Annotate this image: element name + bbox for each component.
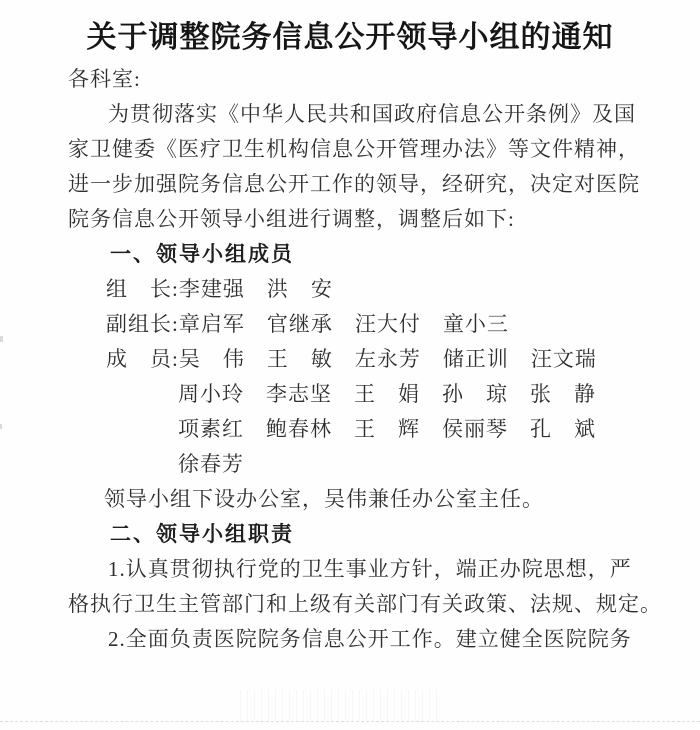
office-note: 领导小组下设办公室，吴伟兼任办公室主任。 xyxy=(68,482,644,517)
intro-paragraph-line-3: 进一步加强院务信息公开工作的领导，经研究，决定对医院 xyxy=(68,167,644,202)
scan-artifact-speck xyxy=(0,424,2,429)
scan-artifact-bottom-line xyxy=(0,721,700,722)
document-title: 关于调整院务信息公开领导小组的通知 xyxy=(0,14,700,62)
scan-artifact-streaks xyxy=(240,690,440,721)
document-body: 各科室: 为贯彻落实《中华人民共和国政府信息公开条例》及国 家卫健委《医疗卫生机… xyxy=(0,62,700,657)
row-deputy-leaders: 副组长:章启军 官继承 汪大付 童小三 xyxy=(68,307,644,342)
row-members-2: 周小玲 李志坚 王 娟 孙 琼 张 静 xyxy=(68,377,644,412)
scanned-notice-page: 关于调整院务信息公开领导小组的通知 各科室: 为贯彻落实《中华人民共和国政府信息… xyxy=(0,0,700,730)
scan-artifact-speck xyxy=(0,336,3,342)
duty-1-line-1: 1.认真贯彻执行党的卫生事业方针，端正办院思想，严 xyxy=(68,552,644,587)
row-members-1: 成 员:吴 伟 王 敏 左永芳 储正训 汪文瑞 xyxy=(68,342,644,377)
intro-paragraph-line-1: 为贯彻落实《中华人民共和国政府信息公开条例》及国 xyxy=(68,97,644,132)
section-heading-duties: 二、领导小组职责 xyxy=(68,517,644,552)
row-group-leader: 组 长:李建强 洪 安 xyxy=(68,272,644,307)
duty-1-line-2: 格执行卫生主管部门和上级有关部门有关政策、法规、规定。 xyxy=(68,587,644,622)
salutation: 各科室: xyxy=(68,62,644,97)
intro-paragraph-line-2: 家卫健委《医疗卫生机构信息公开管理办法》等文件精神， xyxy=(68,132,644,167)
section-heading-members: 一、领导小组成员 xyxy=(68,237,644,272)
duty-2-line-1: 2.全面负责医院院务信息公开工作。建立健全医院院务 xyxy=(68,622,644,657)
row-members-4: 徐春芳 xyxy=(68,447,644,482)
intro-paragraph-line-4: 院务信息公开领导小组进行调整，调整后如下: xyxy=(68,202,644,237)
row-members-3: 项素红 鲍春林 王 辉 侯丽琴 孔 斌 xyxy=(68,412,644,447)
